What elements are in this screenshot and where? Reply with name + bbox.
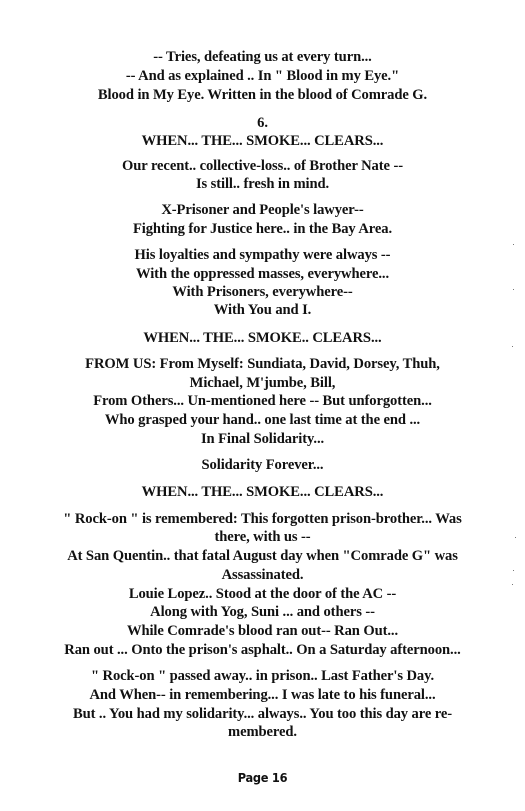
scan-speck [512,584,513,585]
text-line: At San Quentin.. that fatal August day w… [0,547,525,565]
text-line: With You and I. [0,301,525,319]
text-line: But .. You had my solidarity... always..… [0,705,525,723]
text-line: Solidarity Forever... [0,456,525,474]
text-line: there, with us -- [0,528,525,546]
text-line: From Others... Un-mentioned here -- But … [0,392,525,410]
text-line: " Rock-on " passed away.. in prison.. La… [0,667,525,685]
scan-speck [513,570,514,571]
text-line: Fighting for Justice here.. in the Bay A… [0,220,525,238]
text-line: membered. [0,723,525,741]
text-line: -- Tries, defeating us at every turn... [0,48,525,66]
text-line: Michael, M'jumbe, Bill, [0,374,525,392]
text-line: Along with Yog, Suni ... and others -- [0,603,525,621]
text-line: FROM US: From Myself: Sundiata, David, D… [0,355,525,373]
page-number: Page 16 [13,770,512,786]
refrain-heading: WHEN... THE... SMOKE... CLEARS... [0,132,525,150]
refrain-heading: WHEN... THE... SMOKE.. CLEARS... [0,329,525,347]
refrain-heading: WHEN... THE... SMOKE... CLEARS... [0,483,525,501]
scan-speck [515,537,516,538]
text-line: Assassinated. [0,566,525,584]
text-line: Louie Lopez.. Stood at the door of the A… [0,585,525,603]
scan-speck [513,289,514,290]
document-page: -- Tries, defeating us at every turn... … [0,0,525,811]
text-line: And When-- in remembering... I was late … [0,686,525,704]
scan-speck [513,244,514,245]
scan-speck [512,346,513,347]
text-line: His loyalties and sympathy were always -… [0,246,525,264]
text-line: With the oppressed masses, everywhere... [0,265,525,283]
text-line: Ran out ... Onto the prison's asphalt.. … [0,641,525,659]
text-line: X-Prisoner and People's lawyer-- [0,201,525,219]
text-line: In Final Solidarity... [0,430,525,448]
section-number: 6. [0,114,525,132]
text-line: -- And as explained .. In " Blood in my … [0,67,525,85]
text-line: " Rock-on " is remembered: This forgotte… [0,510,525,528]
text-line: Who grasped your hand.. one last time at… [0,411,525,429]
text-line: Is still.. fresh in mind. [0,175,525,193]
text-line: Our recent.. collective-loss.. of Brothe… [0,157,525,175]
text-line: With Prisoners, everywhere-- [0,283,525,301]
text-line: While Comrade's blood ran out-- Ran Out.… [0,622,525,640]
text-line: Blood in My Eye. Written in the blood of… [0,86,525,104]
